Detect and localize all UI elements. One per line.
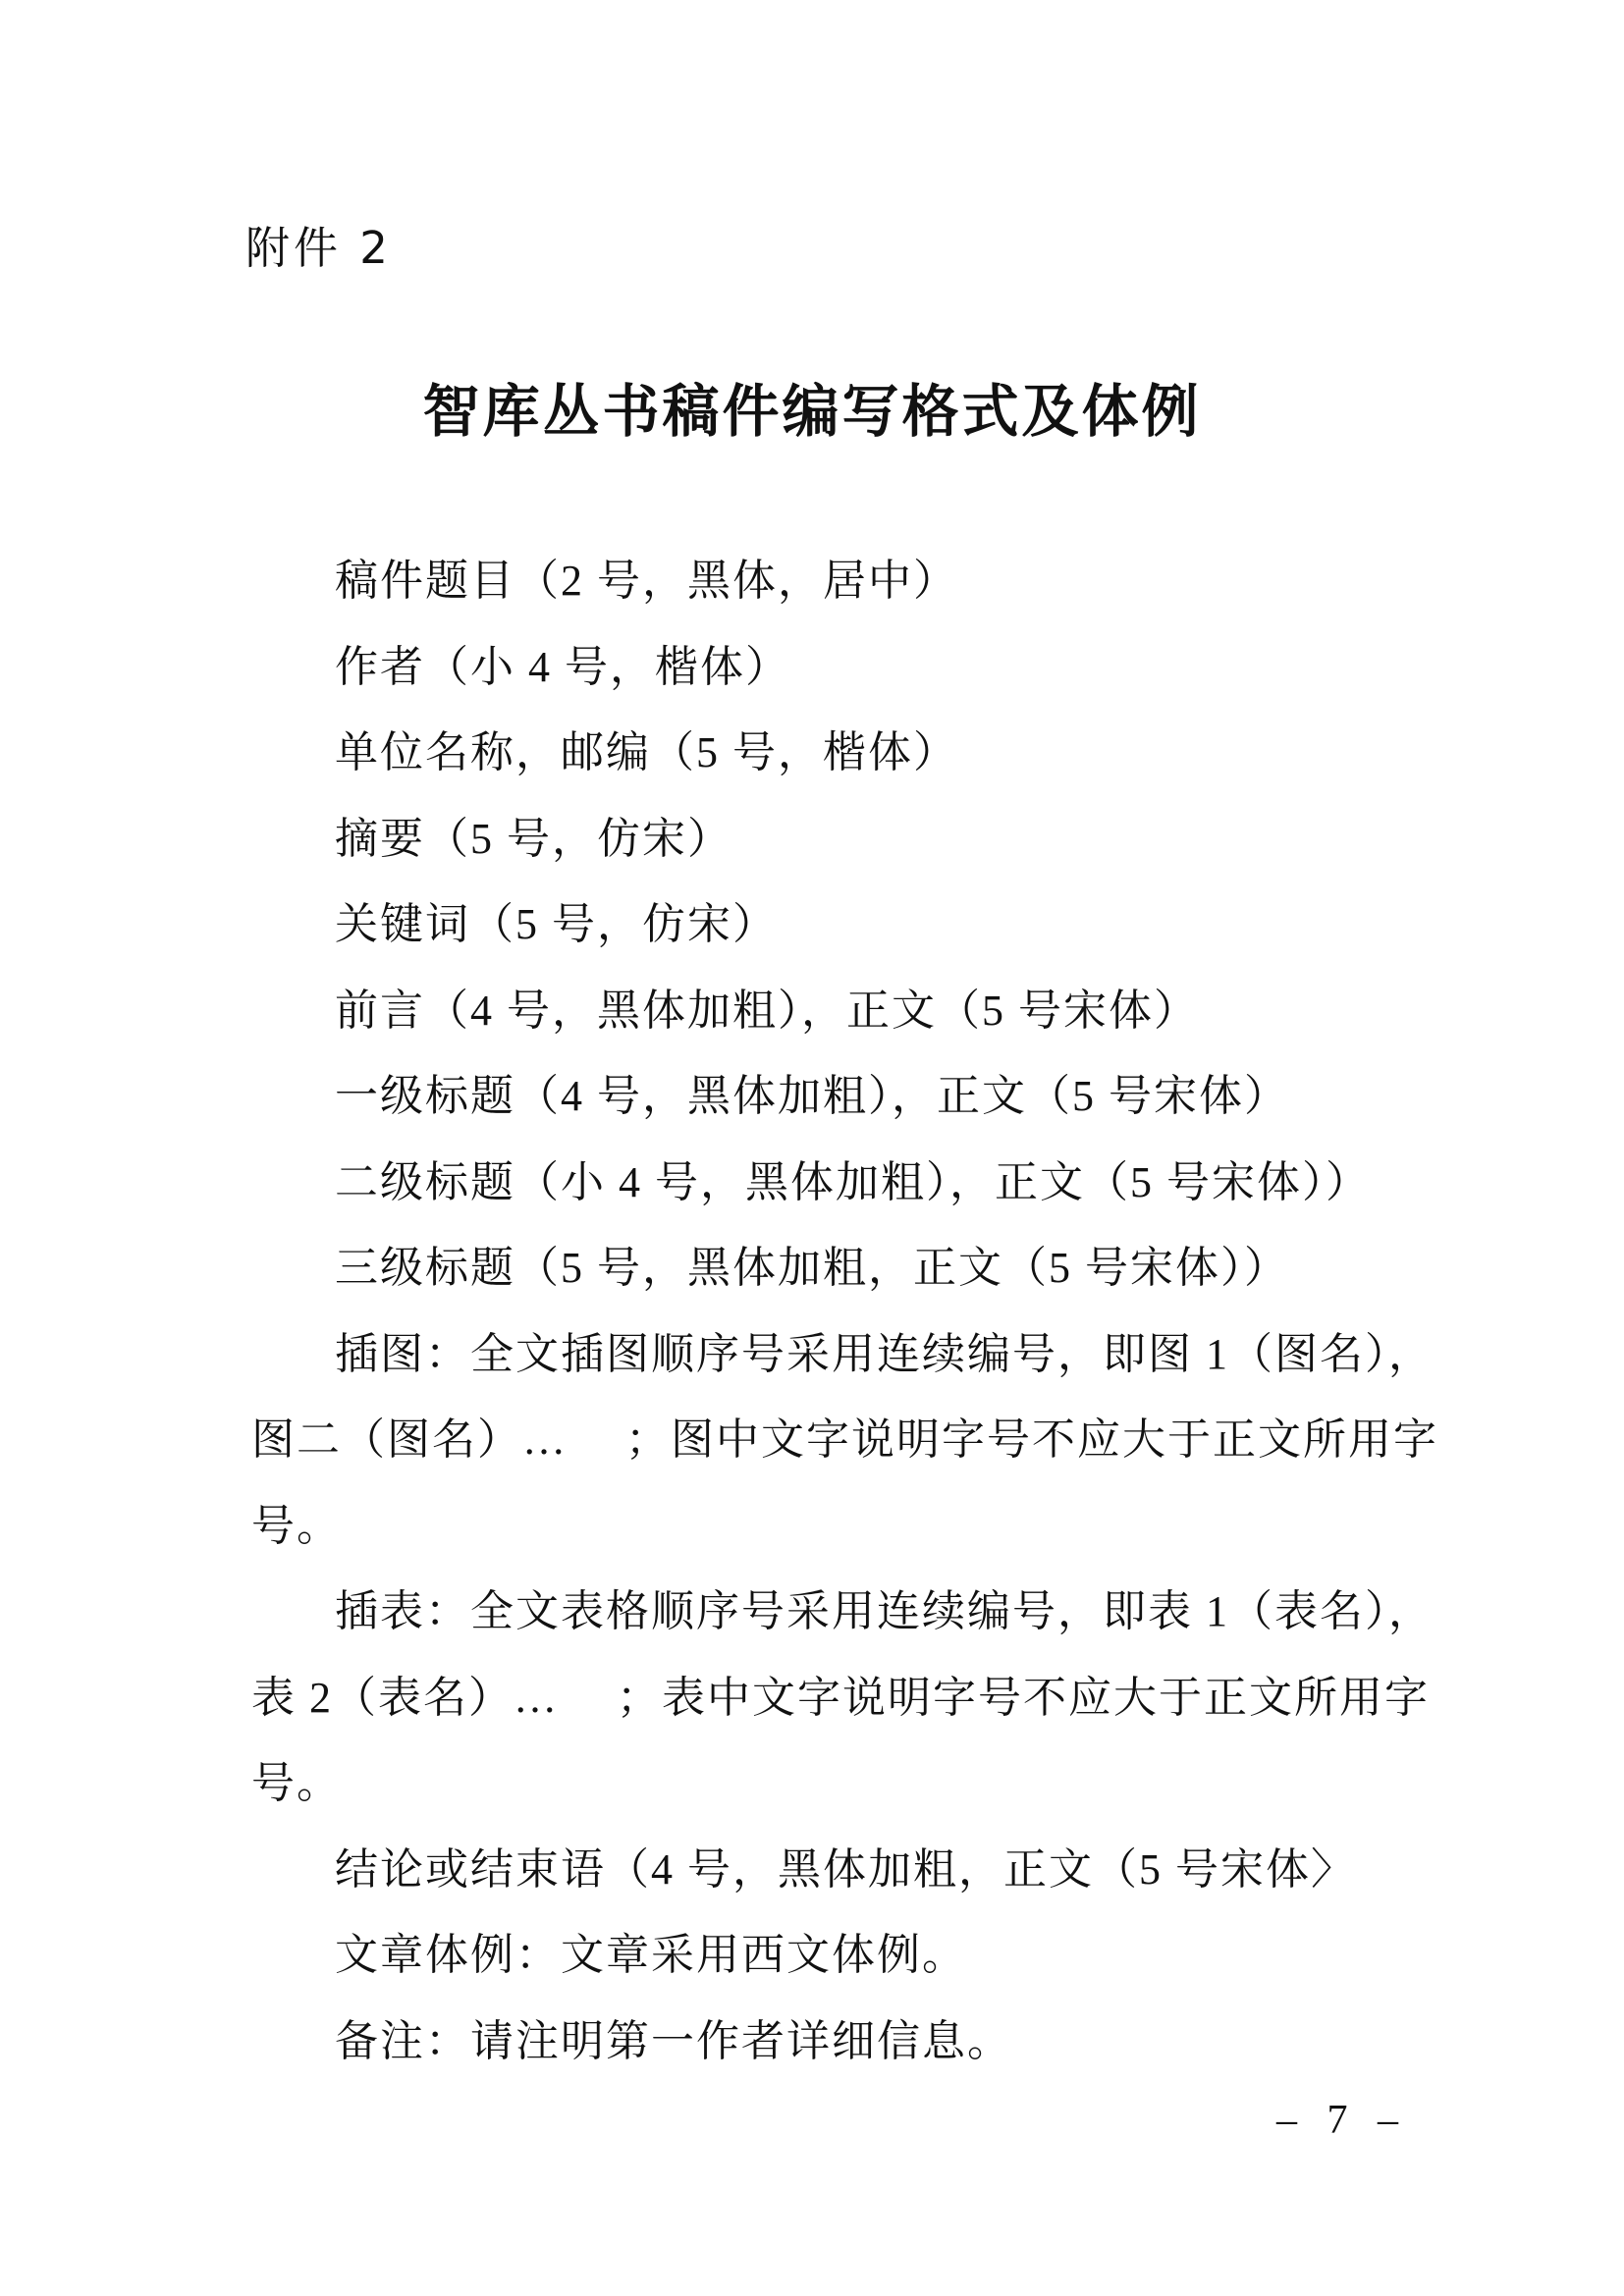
body-line: 号。: [251, 1740, 1395, 1827]
body-line: 三级标题（5 号，黑体加粗，正文（5 号宋体））: [251, 1225, 1395, 1311]
page-number: – 7 –: [1276, 2097, 1408, 2144]
body-line: 备注：请注明第一作者详细信息。: [251, 1999, 1395, 2085]
body-line: 摘要（5 号，仿宋）: [251, 796, 1395, 882]
page-title: 智库丛书稿件编写格式及体例: [0, 365, 1624, 448]
body-line: 图二（图名）… ；图中文字说明字号不应大于正文所用字: [251, 1397, 1395, 1483]
body-line: 插表：全文表格顺序号采用连续编号，即表 1（表名），: [251, 1569, 1395, 1655]
attachment-label: 附件 2: [245, 212, 392, 276]
body-line: 结论或结束语（4 号，黑体加粗，正文（5 号宋体〉: [251, 1827, 1395, 1913]
body-line: 二级标题（小 4 号，黑体加粗），正文（5 号宋体））: [251, 1140, 1395, 1226]
document-body: 稿件题目（2 号，黑体，居中）作者（小 4 号，楷体）单位名称，邮编（5 号，楷…: [251, 538, 1395, 2084]
body-line: 前言（4 号，黑体加粗），正文（5 号宋体）: [251, 968, 1395, 1054]
body-line: 号。: [251, 1483, 1395, 1570]
body-line: 表 2（表名）… ；表中文字说明字号不应大于正文所用字: [251, 1655, 1395, 1741]
body-line: 稿件题目（2 号，黑体，居中）: [251, 538, 1395, 624]
body-line: 插图：全文插图顺序号采用连续编号，即图 1（图名），: [251, 1311, 1395, 1398]
body-line: 一级标题（4 号，黑体加粗），正文（5 号宋体）: [251, 1053, 1395, 1140]
body-line: 作者（小 4 号，楷体）: [251, 624, 1395, 711]
document-page: 附件 2 智库丛书稿件编写格式及体例 稿件题目（2 号，黑体，居中）作者（小 4…: [0, 0, 1624, 2296]
body-line: 文章体例：文章采用西文体例。: [251, 1912, 1395, 1999]
body-line: 关键词（5 号，仿宋）: [251, 881, 1395, 968]
body-line: 单位名称，邮编（5 号，楷体）: [251, 710, 1395, 796]
